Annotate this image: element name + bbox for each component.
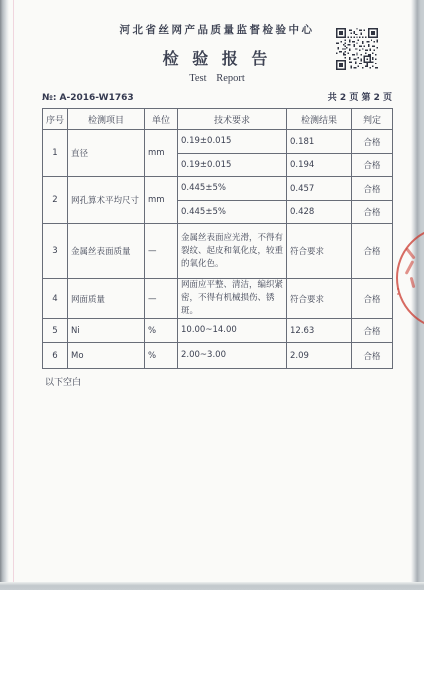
report-meta-row: №: A-2016-W1763 共 2 页 第 2 页 (42, 90, 392, 103)
table-row: 1 直径 mm 0.19±0.015 0.181 合格 (43, 130, 393, 154)
row3-no: 3 (43, 224, 68, 279)
scan-artifact-line (13, 0, 14, 583)
scan-area: 河北省丝网产品质量监督检验中心 检 验 报 告 Test Report №: A… (0, 0, 424, 590)
row4-judgment: 合格 (352, 279, 393, 319)
row2a-requirement: 0.445±5% (178, 177, 287, 201)
row6-result: 2.09 (287, 343, 352, 369)
row4-no: 4 (43, 279, 68, 319)
row2b-requirement: 0.445±5% (178, 201, 287, 224)
report-number: №: A-2016-W1763 (42, 93, 134, 103)
row3-requirement: 金属丝表面应光滑，不得有裂纹、起皮和氧化皮，较重的氧化色。 (178, 224, 287, 279)
col-header-result: 检测结果 (287, 109, 352, 130)
table-row: 4 网面质量 — 网面应平整、清洁，编织紧密，不得有机械损伤、锈斑。 符合要求 … (43, 279, 393, 319)
row5-no: 5 (43, 319, 68, 343)
row5-judgment: 合格 (352, 319, 393, 343)
scan-edge-bottom (0, 582, 424, 590)
row5-unit: % (145, 319, 178, 343)
row5-item: Ni (68, 319, 145, 343)
table-row: 2 网孔算术平均尺寸 mm 0.445±5% 0.457 合格 (43, 177, 393, 201)
row3-item: 金属丝表面质量 (68, 224, 145, 279)
stamp-text-mark (397, 293, 399, 295)
report-content: 河北省丝网产品质量监督检验中心 检 验 报 告 Test Report №: A… (42, 0, 392, 388)
row1b-requirement: 0.19±0.015 (178, 154, 287, 177)
row1-unit: mm (145, 130, 178, 177)
row1b-result: 0.194 (287, 154, 352, 177)
row2b-judgment: 合格 (352, 201, 393, 224)
row3-result: 符合要求 (287, 224, 352, 279)
row3-judgment: 合格 (352, 224, 393, 279)
row4-requirement: 网面应平整、清洁，编织紧密，不得有机械损伤、锈斑。 (178, 279, 287, 319)
row4-result: 符合要求 (287, 279, 352, 319)
row6-no: 6 (43, 343, 68, 369)
test-results-table: 序号 检测项目 单位 技术要求 检测结果 判定 1 直径 mm 0.19±0.0… (42, 108, 393, 369)
stamp-text-mark (397, 288, 399, 290)
row5-requirement: 10.00~14.00 (178, 319, 287, 343)
row1-no: 1 (43, 130, 68, 177)
scan-edge-left (0, 0, 9, 590)
row1b-judgment: 合格 (352, 154, 393, 177)
qr-code-icon (336, 28, 378, 70)
row1a-requirement: 0.19±0.015 (178, 130, 287, 154)
row2-no: 2 (43, 177, 68, 224)
page-count: 共 2 页 第 2 页 (328, 90, 392, 103)
table-row: 5 Ni % 10.00~14.00 12.63 合格 (43, 319, 393, 343)
row2a-judgment: 合格 (352, 177, 393, 201)
col-header-unit: 单位 (145, 109, 178, 130)
col-header-judgment: 判定 (352, 109, 393, 130)
row2b-result: 0.428 (287, 201, 352, 224)
row6-judgment: 合格 (352, 343, 393, 369)
row2a-result: 0.457 (287, 177, 352, 201)
table-header-row: 序号 检测项目 单位 技术要求 检测结果 判定 (43, 109, 393, 130)
row5-result: 12.63 (287, 319, 352, 343)
row2-item: 网孔算术平均尺寸 (68, 177, 145, 224)
row3-unit: — (145, 224, 178, 279)
col-header-no: 序号 (43, 109, 68, 130)
row2-unit: mm (145, 177, 178, 224)
col-header-requirement: 技术要求 (178, 109, 287, 130)
scanned-test-report-page: 河北省丝网产品质量监督检验中心 检 验 报 告 Test Report №: A… (0, 0, 424, 700)
row4-unit: — (145, 279, 178, 319)
row1-item: 直径 (68, 130, 145, 177)
row4-item: 网面质量 (68, 279, 145, 319)
row6-unit: % (145, 343, 178, 369)
row1a-result: 0.181 (287, 130, 352, 154)
row1a-judgment: 合格 (352, 130, 393, 154)
blank-below-note: 以下空白 (45, 375, 392, 388)
row6-requirement: 2.00~3.00 (178, 343, 287, 369)
col-header-item: 检测项目 (68, 109, 145, 130)
table-row: 3 金属丝表面质量 — 金属丝表面应光滑，不得有裂纹、起皮和氧化皮，较重的氧化色… (43, 224, 393, 279)
row6-item: Mo (68, 343, 145, 369)
report-title-en: Test Report (42, 73, 392, 84)
table-row: 6 Mo % 2.00~3.00 2.09 合格 (43, 343, 393, 369)
